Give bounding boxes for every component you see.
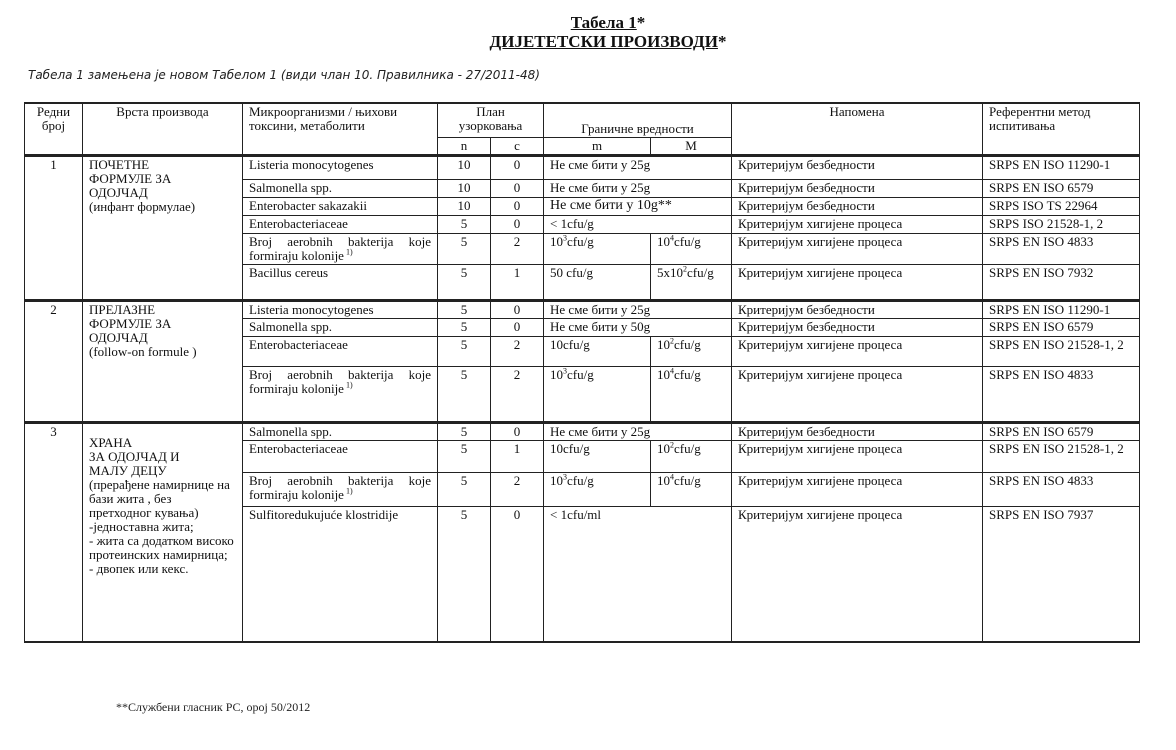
limit-value: Не сме бити у 25g (544, 179, 732, 197)
microorganism: Enterobacteriaceae (243, 336, 438, 366)
row-number: 1 (25, 155, 83, 300)
col-header-m-lower: m (544, 137, 651, 155)
sample-n: 5 (438, 472, 491, 506)
sample-c: 0 (491, 155, 544, 179)
sample-n: 5 (438, 440, 491, 472)
col-header-no: Редни број (25, 103, 83, 155)
reference-method: SRPS EN ISO 21528-1, 2 (983, 440, 1140, 472)
microorganism: Enterobacteriaceae (243, 215, 438, 233)
footnote-ref: 1) (344, 247, 353, 256)
col-header-limits: Граничне вредности (544, 103, 732, 137)
remark: Критеријум хигијене процеса (732, 440, 983, 472)
col-header-method: Референтни метод испитивања (983, 103, 1140, 155)
table-row: 2ПРЕЛАЗНЕФОРМУЛЕ ЗАОДОЈЧАД(follow-on for… (25, 300, 1140, 318)
limit-M: 104cfu/g (651, 366, 732, 422)
remark: Критеријум хигијене процеса (732, 215, 983, 233)
sample-c: 2 (491, 233, 544, 264)
limit-value: Не сме бити у 25g (544, 155, 732, 179)
product-line: (follow-on formule ) (89, 345, 236, 359)
dietary-products-table: Редни број Врста производа Микроорганизм… (24, 102, 1140, 643)
sample-c: 2 (491, 472, 544, 506)
microorganism: Listeria monocytogenes (243, 300, 438, 318)
limit-m: 103cfu/g (544, 233, 651, 264)
sample-n: 5 (438, 318, 491, 336)
microorganism: Broj aerobnih bakterija koje formiraju k… (243, 366, 438, 422)
sample-n: 5 (438, 422, 491, 440)
limit-value: < 1cfu/g (544, 215, 732, 233)
reference-method: SRPS EN ISO 11290-1 (983, 300, 1140, 318)
exponent: 2 (670, 336, 674, 345)
product-line: ФОРМУЛЕ ЗА (89, 317, 236, 331)
product-line: ОДОЈЧАД (89, 186, 236, 200)
product-type: ХРАНАЗА ОДОЈЧАД ИМАЛУ ДЕЦУ(прерађене нам… (83, 422, 243, 642)
reference-method: SRPS ISO TS 22964 (983, 197, 1140, 215)
product-line: - жита са додатком високо протеинских на… (89, 534, 236, 562)
exponent: 2 (670, 440, 674, 449)
product-line: ЗА ОДОЈЧАД И (89, 450, 236, 464)
sample-c: 1 (491, 264, 544, 300)
exponent: 2 (683, 264, 687, 273)
sample-c: 0 (491, 179, 544, 197)
limit-m: 10cfu/g (544, 336, 651, 366)
sample-c: 1 (491, 440, 544, 472)
row-number: 3 (25, 422, 83, 642)
sample-n: 10 (438, 155, 491, 179)
reference-method: SRPS EN ISO 6579 (983, 318, 1140, 336)
col-header-product: Врста производа (83, 103, 243, 155)
sample-n: 5 (438, 300, 491, 318)
reference-method: SRPS EN ISO 4833 (983, 366, 1140, 422)
product-type: ПРЕЛАЗНЕФОРМУЛЕ ЗАОДОЈЧАД(follow-on form… (83, 300, 243, 422)
product-line: (прерађене намирнице на бази жита , без … (89, 478, 236, 520)
limit-value: < 1cfu/ml (544, 506, 732, 642)
microorganism: Broj aerobnih bakterija koje formiraju k… (243, 233, 438, 264)
sample-n: 5 (438, 233, 491, 264)
col-header-n: n (438, 137, 491, 155)
reference-method: SRPS EN ISO 6579 (983, 179, 1140, 197)
limit-value: Не сме бити у 25g (544, 422, 732, 440)
remark: Критеријум хигијене процеса (732, 366, 983, 422)
reference-method: SRPS EN ISO 4833 (983, 233, 1140, 264)
document-subtitle: ДИЈЕТЕТСКИ ПРОИЗВОДИ* (20, 33, 1176, 51)
sample-n: 10 (438, 179, 491, 197)
remark: Критеријум хигијене процеса (732, 233, 983, 264)
sample-n: 5 (438, 264, 491, 300)
col-header-microorganisms: Микроорганизми / њихови токсини, метабол… (243, 103, 438, 155)
remark: Критеријум хигијене процеса (732, 336, 983, 366)
limit-m: 10cfu/g (544, 440, 651, 472)
remark: Критеријум хигијене процеса (732, 506, 983, 642)
remark: Критеријум безбедности (732, 300, 983, 318)
microorganism: Enterobacter sakazakii (243, 197, 438, 215)
reference-method: SRPS EN ISO 21528-1, 2 (983, 336, 1140, 366)
sample-n: 5 (438, 506, 491, 642)
sample-c: 2 (491, 336, 544, 366)
limit-M: 5x102cfu/g (651, 264, 732, 300)
sample-c: 0 (491, 318, 544, 336)
table-row: 1ПОЧЕТНЕФОРМУЛЕ ЗАОДОЈЧАД(инфант формула… (25, 155, 1140, 179)
limit-value: Не сме бити у 50g (544, 318, 732, 336)
product-line: ПОЧЕТНЕ (89, 158, 236, 172)
product-line: -једноставна жита; (89, 520, 236, 534)
exponent: 3 (563, 366, 567, 375)
limit-M: 104cfu/g (651, 233, 732, 264)
product-line: ФОРМУЛЕ ЗА (89, 172, 236, 186)
exponent: 3 (563, 233, 567, 242)
product-line: ХРАНА (89, 436, 236, 450)
table-title: Табела 1* (20, 14, 1176, 32)
reference-method: SRPS EN ISO 11290-1 (983, 155, 1140, 179)
remark: Критеријум безбедности (732, 422, 983, 440)
remark: Критеријум безбедности (732, 318, 983, 336)
remark: Критеријум хигијене процеса (732, 264, 983, 300)
exponent: 4 (670, 472, 674, 481)
sample-c: 0 (491, 197, 544, 215)
col-header-m-upper: M (651, 137, 732, 155)
footnote-ref: 1) (344, 380, 353, 389)
sample-c: 0 (491, 215, 544, 233)
product-type: ПОЧЕТНЕФОРМУЛЕ ЗАОДОЈЧАД(инфант формулае… (83, 155, 243, 300)
limit-value: Не сме бити у 25g (544, 300, 732, 318)
col-header-remark: Напомена (732, 103, 983, 155)
product-line: (инфант формулае) (89, 200, 236, 214)
sample-c: 0 (491, 300, 544, 318)
limit-M: 102cfu/g (651, 336, 732, 366)
limit-value: Не сме бити у 10g** (544, 197, 732, 215)
footnote: **Службени гласник РС, орој 50/2012 (116, 700, 310, 715)
sample-c: 2 (491, 366, 544, 422)
remark: Критеријум хигијене процеса (732, 472, 983, 506)
limit-m: 103cfu/g (544, 366, 651, 422)
remark: Критеријум безбедности (732, 179, 983, 197)
reference-method: SRPS EN ISO 7932 (983, 264, 1140, 300)
reference-method: SRPS EN ISO 6579 (983, 422, 1140, 440)
sample-n: 10 (438, 197, 491, 215)
remark: Критеријум безбедности (732, 197, 983, 215)
microorganism: Sulfitoredukujuće klostridije (243, 506, 438, 642)
exponent: 3 (563, 472, 567, 481)
microorganism: Listeria monocytogenes (243, 155, 438, 179)
limit-m: 103cfu/g (544, 472, 651, 506)
col-header-c: c (491, 137, 544, 155)
microorganism: Bacillus cereus (243, 264, 438, 300)
limit-M: 102cfu/g (651, 440, 732, 472)
remark: Критеријум безбедности (732, 155, 983, 179)
product-line: ПРЕЛАЗНЕ (89, 303, 236, 317)
exponent: 4 (670, 233, 674, 242)
reference-method: SRPS EN ISO 4833 (983, 472, 1140, 506)
microorganism: Salmonella spp. (243, 318, 438, 336)
table-row: 3ХРАНАЗА ОДОЈЧАД ИМАЛУ ДЕЦУ(прерађене на… (25, 422, 1140, 440)
col-header-sampling-plan: План узорковања (438, 103, 544, 137)
table-body: 1ПОЧЕТНЕФОРМУЛЕ ЗАОДОЈЧАД(инфант формула… (25, 155, 1140, 642)
replacement-note: Табела 1 замењена је новом Табелом 1 (ви… (28, 68, 540, 82)
sample-n: 5 (438, 215, 491, 233)
product-line: МАЛУ ДЕЦУ (89, 464, 236, 478)
limit-m: 50 cfu/g (544, 264, 651, 300)
exponent: 4 (670, 366, 674, 375)
microorganism: Enterobacteriaceae (243, 440, 438, 472)
sample-n: 5 (438, 336, 491, 366)
footnote-ref: 1) (344, 486, 353, 495)
reference-method: SRPS EN ISO 7937 (983, 506, 1140, 642)
sample-c: 0 (491, 422, 544, 440)
row-number: 2 (25, 300, 83, 422)
sample-c: 0 (491, 506, 544, 642)
reference-method: SRPS ISO 21528-1, 2 (983, 215, 1140, 233)
microorganism: Broj aerobnih bakterija koje formiraju k… (243, 472, 438, 506)
product-line: ОДОЈЧАД (89, 331, 236, 345)
microorganism: Salmonella spp. (243, 422, 438, 440)
limit-M: 104cfu/g (651, 472, 732, 506)
product-line: - двопек или кекс. (89, 562, 236, 576)
microorganism: Salmonella spp. (243, 179, 438, 197)
sample-n: 5 (438, 366, 491, 422)
